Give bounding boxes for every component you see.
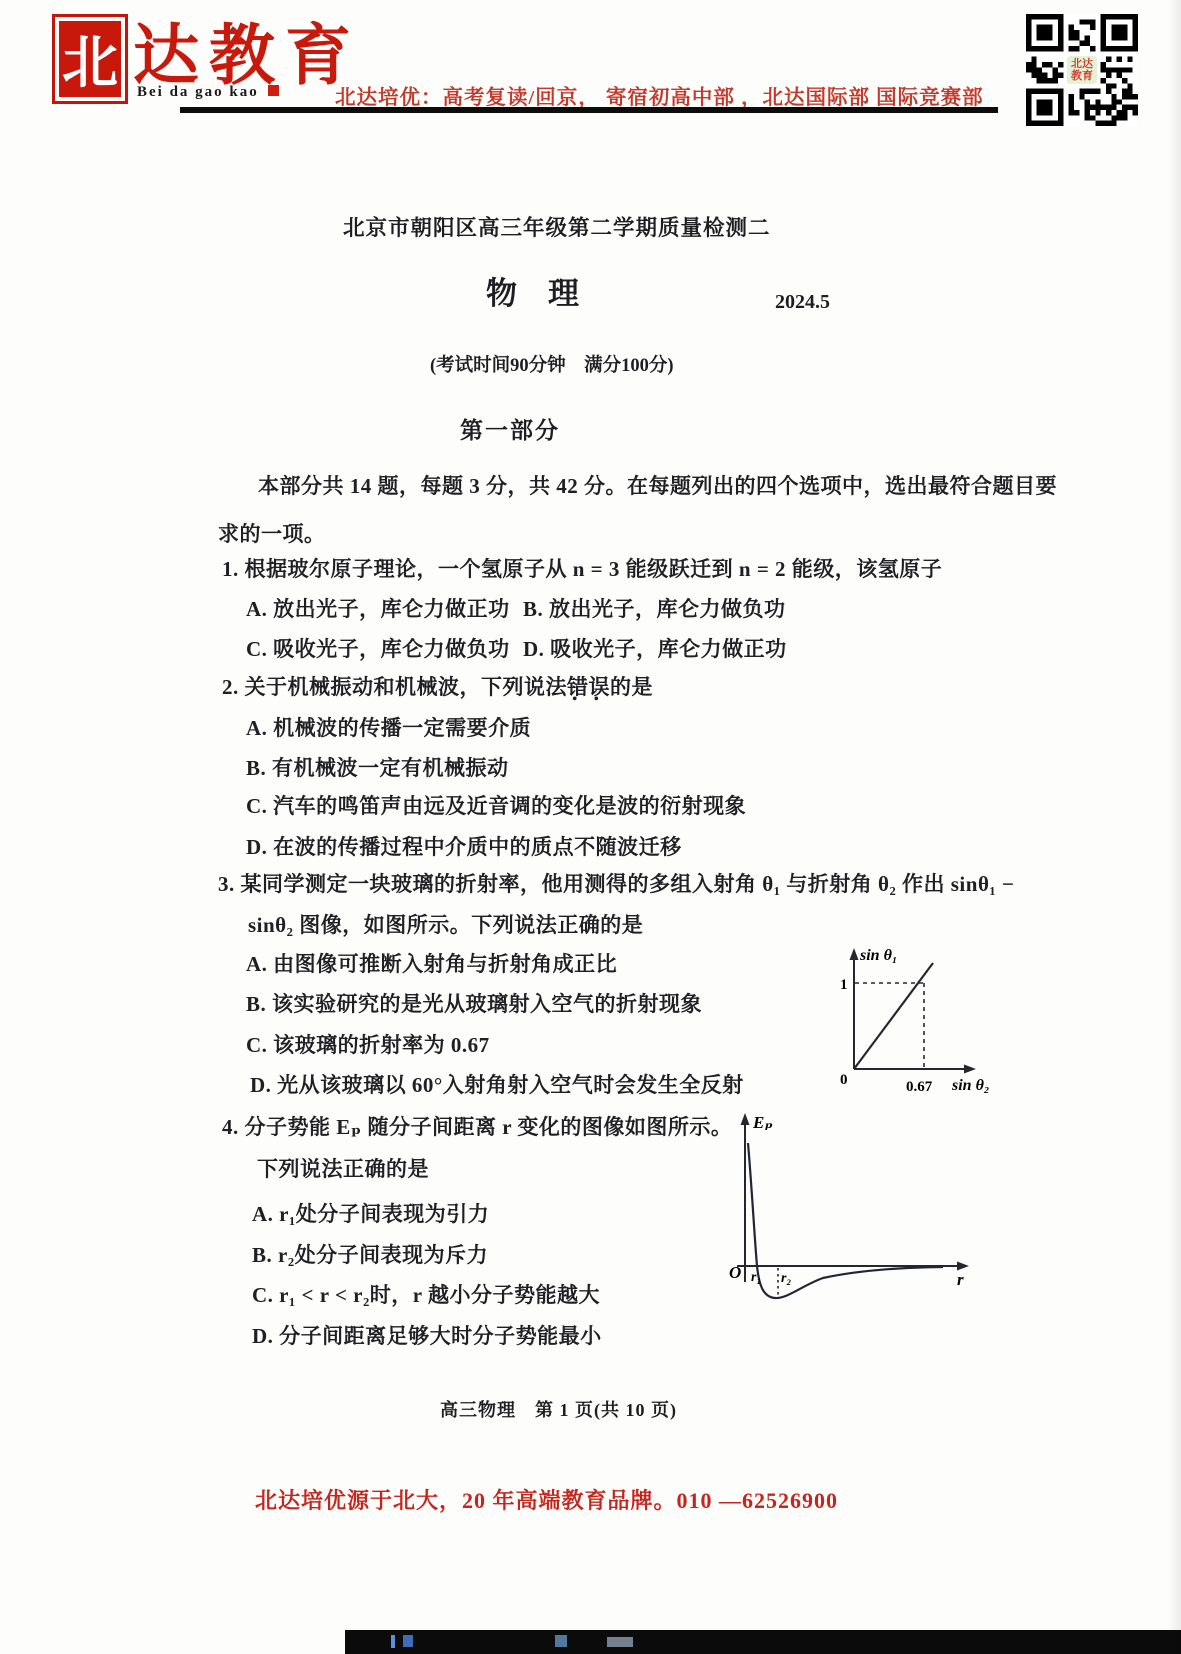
banner-glyph	[391, 1635, 395, 1648]
bottom-scan-banner	[345, 1630, 1181, 1654]
qr-logo-line2: 教育	[1071, 70, 1093, 82]
exam-paper-page: 北 达教育 Bei da gao kao 北达培优：高考复读/回京， 寄宿初高中…	[0, 0, 1181, 1654]
section-intro-line2: 求的一项。	[218, 518, 326, 548]
q3-refraction-graph: sin θ₁ 1 0 0.67 sin θ₂	[836, 944, 996, 1100]
q4-graph-y-label: Eₚ	[752, 1113, 773, 1132]
q3-graph-y-tick: 1	[840, 977, 848, 993]
exam-date: 2024.5	[775, 291, 830, 314]
q4-option-d: D. 分子间距离足够大时分子势能最小	[252, 1320, 602, 1350]
q4-option-c: C. r₁ < r < r₂时，r 越小分子势能越大	[252, 1279, 600, 1309]
header-tagline: 北达培优：高考复读/回京， 寄宿初高中部 ，北达国际部 国际竞赛部	[335, 80, 984, 110]
q1-option-d: D. 吸收光子，库仑力做正功	[523, 633, 787, 663]
q2-stem: 2. 关于机械振动和机械波，下列说法错误的是	[222, 671, 653, 701]
brand-name: 达教育	[133, 2, 361, 97]
seal-character: 北	[59, 21, 121, 97]
section-title: 第一部分	[460, 412, 560, 445]
q2-stem-post: 的是	[610, 675, 653, 699]
q3-option-c: C. 该玻璃的折射率为 0.67	[246, 1029, 490, 1059]
bottom-brand-line: 北达培优源于北大，20 年高端教育品牌。010 —62526900	[255, 1484, 838, 1515]
q1-option-b: B. 放出光子，库仑力做负功	[523, 593, 786, 623]
q2-option-c: C. 汽车的鸣笛声由远及近音调的变化是波的衍射现象	[246, 790, 746, 820]
q4-stem-line1: 4. 分子势能 Eₚ 随分子间距离 r 变化的图像如图所示。	[222, 1111, 732, 1141]
bottom-brand-text: 北达培优源于北大，20 年高端教育品牌。	[255, 1488, 677, 1513]
q1-option-c: C. 吸收光子，库仑力做负功	[246, 633, 510, 663]
header-divider	[180, 107, 998, 113]
qr-center-logo: 北达 教育	[1067, 56, 1097, 84]
banner-glyph	[403, 1635, 413, 1647]
banner-glyph	[555, 1635, 567, 1647]
exam-duration-info: (考试时间90分钟 满分100分)	[430, 351, 674, 377]
q3-graph-y-label: sin θ₁	[859, 947, 897, 964]
q3-option-d: D. 光从该玻璃以 60°入射角射入空气时会发生全反射	[250, 1069, 744, 1099]
q2-option-a: A. 机械波的传播一定需要介质	[246, 712, 531, 742]
brand-pinyin: Bei da gao kao	[137, 84, 259, 100]
q3-graph-x-label: sin θ₂	[951, 1077, 989, 1094]
brand-subtitle: Bei da gao kao	[137, 84, 279, 101]
subject-title: 物 理	[486, 268, 579, 313]
y-axis-arrow-icon	[741, 1113, 750, 1125]
y-axis-arrow-icon	[850, 948, 859, 960]
qr-logo-line1: 北达	[1071, 58, 1093, 70]
q3-stem-line1: 3. 某同学测定一块玻璃的折射率，他用测得的多组入射角 θ₁ 与折射角 θ₂ 作…	[218, 868, 1014, 898]
q4-option-a: A. r₁处分子间表现为引力	[252, 1198, 489, 1228]
red-square-icon	[268, 85, 279, 96]
q1-stem: 1. 根据玻尔原子理论，一个氢原子从 n = 3 能级跃迁到 n = 2 能级，…	[222, 553, 942, 583]
q4-graph-r2-tick: r₂	[781, 1271, 791, 1286]
q2-option-b: B. 有机械波一定有机械振动	[246, 752, 509, 782]
q3-option-b: B. 该实验研究的是光从玻璃射入空气的折射现象	[246, 988, 702, 1018]
q4-graph-r1-tick: r₁	[751, 1270, 761, 1285]
q2-option-d: D. 在波的传播过程中介质中的质点不随波迁移	[246, 831, 682, 861]
q3-graph-origin: 0	[840, 1072, 848, 1088]
q3-stem-line2: sinθ₂ 图像，如图所示。下列说法正确的是	[248, 909, 643, 939]
q4-potential-energy-graph: Eₚ O r₁ r₂ r	[725, 1110, 980, 1310]
q1-option-a: A. 放出光子，库仑力做正功	[246, 593, 510, 623]
q4-stem-line2: 下列说法正确的是	[257, 1153, 429, 1183]
q2-stem-emphasis: 错误	[567, 671, 610, 701]
q2-stem-pre: 2. 关于机械振动和机械波，下列说法	[222, 675, 567, 699]
q3-option-a: A. 由图像可推断入射角与折射角成正比	[246, 948, 617, 978]
banner-glyph	[607, 1637, 633, 1647]
section-intro-line1: 本部分共 14 题，每题 3 分，共 42 分。在每题列出的四个选项中，选出最符…	[258, 470, 1057, 500]
qr-code: 北达 教育	[1026, 14, 1138, 126]
q4-option-b: B. r₂处分子间表现为斥力	[252, 1239, 488, 1269]
bottom-phone-number: 010 —62526900	[677, 1488, 839, 1513]
q4-graph-origin: O	[729, 1263, 741, 1282]
brand-seal-logo: 北	[52, 14, 128, 104]
exam-title: 北京市朝阳区高三年级第二学期质量检测二	[343, 211, 771, 242]
x-axis-arrow-icon	[964, 1065, 976, 1074]
q4-graph-x-label: r	[957, 1270, 964, 1289]
q3-graph-x-tick: 0.67	[906, 1079, 933, 1095]
page-number-footer: 高三物理 第 1 页(共 10 页)	[440, 1396, 677, 1422]
